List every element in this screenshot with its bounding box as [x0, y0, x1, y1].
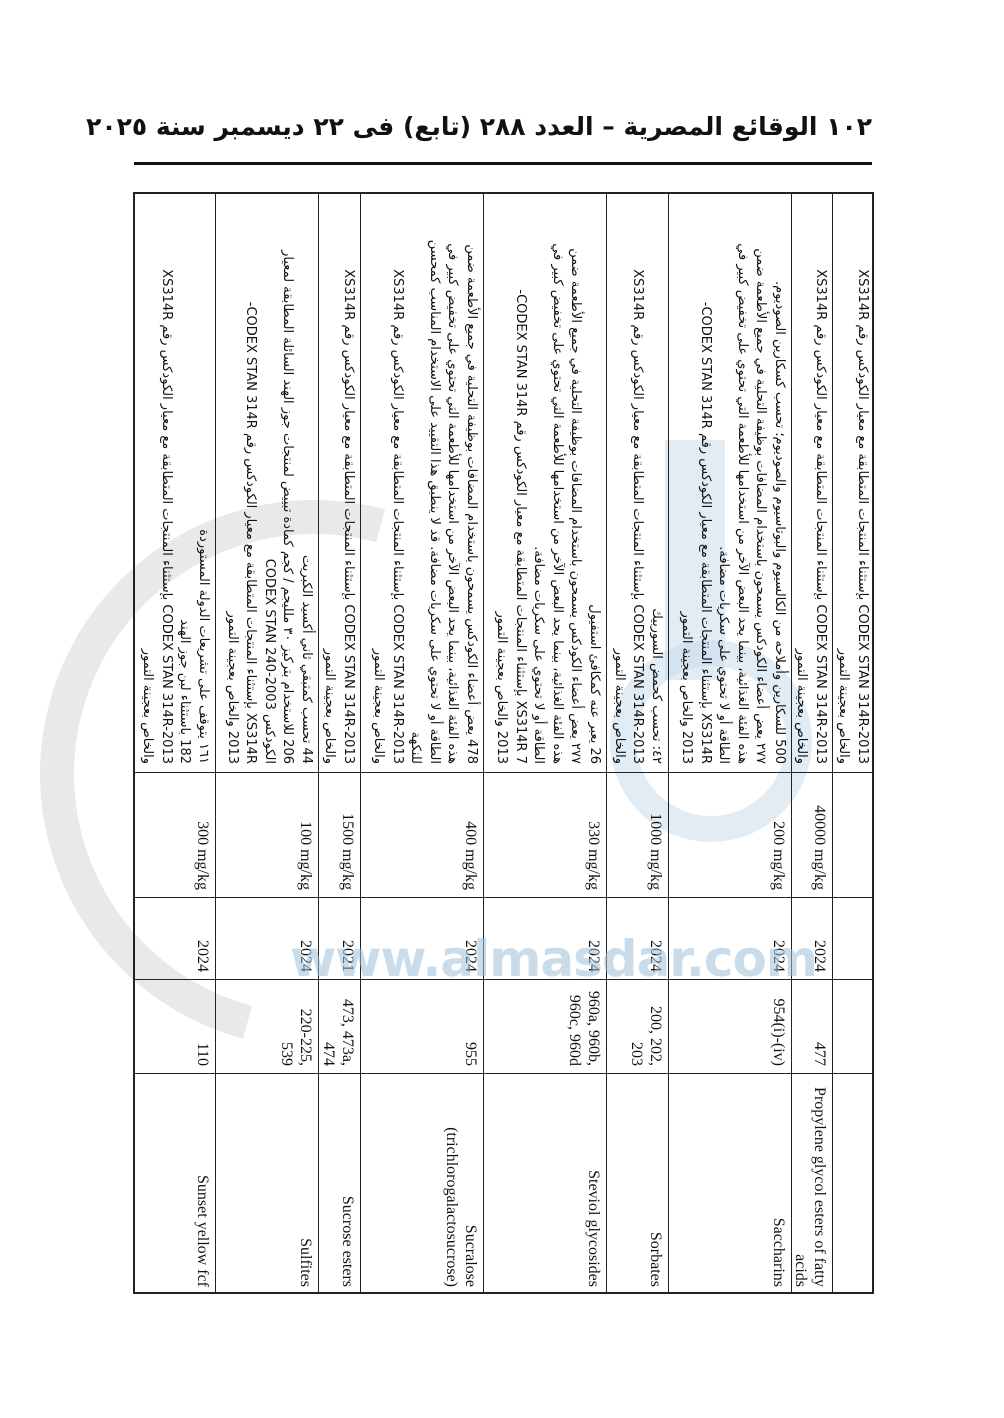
- note-line: والخاص بعجينة التمور: [834, 200, 853, 764]
- note-line: هذه الفئة الغذائية، بينما يحد البعض الآخ…: [733, 200, 752, 764]
- note-line: 2013 والخاص بعجينة التمور: [677, 200, 696, 764]
- name-value: Steviol glycosides: [484, 1074, 606, 1294]
- note-line: 182 باستثناء لبن جوز الهند: [175, 200, 194, 764]
- cell-notes: 478 يعض أعضاء الكودكس يسمحون باستخدام ال…: [361, 192, 483, 772]
- year-value: 2024: [792, 898, 832, 979]
- additives-table: CODEX STAN 314R-2013 بإستثناء المنتجات ا…: [133, 192, 874, 1294]
- ins-value: 954(i)-(iv): [669, 980, 791, 1073]
- name-value: Saccharins: [669, 1074, 791, 1294]
- year-value: 2024: [134, 898, 215, 979]
- note-line: للنكهة: [406, 200, 425, 764]
- cell-name: Steviol glycosides: [484, 1073, 606, 1294]
- year-value: [833, 898, 874, 979]
- year-value: 2024: [607, 898, 668, 979]
- name-value: Sucralose (trichlorogalactosucrose): [361, 1074, 483, 1294]
- cell-ins: 960a, 960b, 960c, 960d: [484, 979, 606, 1073]
- ins-value: [833, 980, 874, 1073]
- note-line: CODEX STAN 314R-2013 بإستثناء المنتجات ا…: [339, 200, 358, 764]
- year-value: 2024: [484, 898, 606, 979]
- table-row: 478 يعض أعضاء الكودكس يسمحون باستخدام ال…: [360, 192, 483, 1294]
- note-line: 44 تحسب كمتبقي ثاني أكسيد الكبريت: [297, 200, 316, 764]
- name-value: Sulfites: [216, 1074, 318, 1294]
- note-line: والخاص بعجينة التمور: [320, 200, 339, 764]
- header-divider: [134, 162, 872, 165]
- note-line: الطاقة أو لا تحتوي على سكريات مضافة.: [529, 200, 548, 764]
- cell-notes: CODEX STAN 314R-2013 بإستثناء المنتجات ا…: [833, 192, 874, 772]
- cell-max-level: 100 mg/kg: [216, 772, 318, 897]
- cell-ins: 955: [361, 979, 483, 1073]
- note-line: هذه الفئة الغذائية، بينما يحد البعض الآخ…: [443, 200, 462, 764]
- cell-max-level: 330 mg/kg: [484, 772, 606, 897]
- note-line: 500 للسكارين وأملاحه من الكالسيوم والبوت…: [770, 200, 789, 764]
- cell-year: [833, 897, 874, 979]
- name-value: [833, 1074, 874, 1294]
- note-line: الكودكس CODEX STAN 240-2003: [260, 200, 279, 764]
- note-line: 478 يعض أعضاء الكودكس يسمحون باستخدام ال…: [462, 200, 481, 764]
- cell-year: 2024: [484, 897, 606, 979]
- cell-year: 2024: [134, 897, 215, 979]
- note-line: 2013 والخاص بعجينة التمور: [223, 200, 242, 764]
- note-line: CODEX STAN 314R-2013 بإستثناء المنتجات ا…: [157, 200, 176, 764]
- note-line: XS314R بإستثناء المنتجات المتطابقة مع مع…: [241, 200, 260, 764]
- ins-value: 473, 473a, 474: [319, 980, 360, 1073]
- cell-year: 2024: [792, 897, 832, 979]
- note-line: ٢٧٧ يعض أعضاء الكودكس يسمحون باستخدام ال…: [751, 200, 770, 764]
- note-line: CODEX STAN 314R-2013 بإستثناء المنتجات ا…: [388, 200, 407, 764]
- cell-max-level: 1500 mg/kg: [319, 772, 360, 897]
- note-line: والخاص بعجينة التمور: [369, 200, 388, 764]
- note-line: ٢٧٧ يعض أعضاء الكودكس يسمحون باستخدام ال…: [566, 200, 585, 764]
- cell-name: Sunset yellow fcf: [134, 1073, 215, 1294]
- cell-ins: 473, 473a, 474: [319, 979, 360, 1073]
- note-line: 206 للاستخدام بتركيز ٣٠ ملليجم / كجم كما…: [278, 200, 297, 764]
- max-level-value: 300 mg/kg: [134, 773, 215, 897]
- cell-year: 2021: [319, 897, 360, 979]
- cell-year: 2024: [361, 897, 483, 979]
- cell-max-level: 300 mg/kg: [134, 772, 215, 897]
- note-line: والخاص بعجينة التمور: [610, 200, 629, 764]
- note-line: CODEX STAN 314R-2013 بإستثناء المنتجات ا…: [628, 200, 647, 764]
- name-value: Sorbates: [607, 1074, 668, 1294]
- note-line: CODEX STAN 314R-2013 بإستثناء المنتجات ا…: [811, 200, 830, 764]
- table-row: CODEX STAN 314R-2013 بإستثناء المنتجات ا…: [318, 192, 360, 1294]
- note-line: XS314R 7 بإستثناء المنتجات المتطابقة مع …: [511, 200, 530, 764]
- note-line: 26 يعبر عنه كمكافئ استفيول: [585, 200, 604, 764]
- table-row: ١٦١ يتوقف على تشريعات الدولة المستوردة18…: [133, 192, 215, 1294]
- note-line: الطاقة أو لا تحتوي على سكريات مضافة. قد …: [425, 200, 444, 764]
- cell-notes: CODEX STAN 314R-2013 بإستثناء المنتجات ا…: [792, 192, 832, 772]
- note-line: CODEX STAN 314R-2013 بإستثناء المنتجات ا…: [853, 200, 872, 764]
- note-line: هذه الفئة الغذائية، بينما يحد البعض الآخ…: [548, 200, 567, 764]
- table-row: 500 للسكارين وأملاحه من الكالسيوم والبوت…: [668, 192, 791, 1294]
- ins-value: 955: [361, 980, 483, 1073]
- cell-notes: 500 للسكارين وأملاحه من الكالسيوم والبوت…: [669, 192, 791, 772]
- note-line: الطاقة أو لا تحتوي على سكريات مضافة.: [714, 200, 733, 764]
- max-level-value: 100 mg/kg: [216, 773, 318, 897]
- cell-year: 2024: [607, 897, 668, 979]
- ins-value: 960a, 960b, 960c, 960d: [484, 980, 606, 1073]
- cell-ins: 954(i)-(iv): [669, 979, 791, 1073]
- ins-value: 220-225, 539: [216, 980, 318, 1073]
- table-row: 44 تحسب كمتبقي ثاني أكسيد الكبريت206 للا…: [215, 192, 318, 1294]
- max-level-value: 400 mg/kg: [361, 773, 483, 897]
- max-level-value: [833, 773, 874, 897]
- note-line: XS314R بإستثناء المنتجات المتطابقة مع مع…: [696, 200, 715, 764]
- cell-name: Sucrose esters: [319, 1073, 360, 1294]
- page-title: ١٠٢ الوقائع المصرية – العدد ٢٨٨ (تابع) ف…: [86, 112, 872, 141]
- cell-ins: [833, 979, 874, 1073]
- cell-max-level: 1000 mg/kg: [607, 772, 668, 897]
- note-line: 2013 والخاص بعجينة التمور: [492, 200, 511, 764]
- max-level-value: 1000 mg/kg: [607, 773, 668, 897]
- table-row: CODEX STAN 314R-2013 بإستثناء المنتجات ا…: [832, 192, 874, 1294]
- cell-name: Propylene glycol esters of fatty acids: [792, 1073, 832, 1294]
- year-value: 2021: [319, 898, 360, 979]
- name-value: Propylene glycol esters of fatty acids: [792, 1074, 832, 1294]
- ins-value: 200, 202, 203: [607, 980, 668, 1073]
- name-value: Sunset yellow fcf: [134, 1074, 215, 1294]
- cell-notes: ١٦١ يتوقف على تشريعات الدولة المستوردة18…: [134, 192, 215, 772]
- table-row: 26 يعبر عنه كمكافئ استفيول٢٧٧ يعض أعضاء …: [483, 192, 606, 1294]
- max-level-value: 1500 mg/kg: [319, 773, 360, 897]
- page-header: ١٠٢ الوقائع المصرية – العدد ٢٨٨ (تابع) ف…: [0, 108, 1004, 158]
- table-row: ٤٢: تحسب كحمض السوربيكCODEX STAN 314R-20…: [606, 192, 668, 1294]
- cell-year: 2024: [669, 897, 791, 979]
- cell-ins: 110: [134, 979, 215, 1073]
- ins-value: 110: [134, 980, 215, 1073]
- cell-ins: 220-225, 539: [216, 979, 318, 1073]
- cell-name: Sucralose (trichlorogalactosucrose): [361, 1073, 483, 1294]
- cell-max-level: 40000 mg/kg: [792, 772, 832, 897]
- cell-name: Sulfites: [216, 1073, 318, 1294]
- cell-name: Saccharins: [669, 1073, 791, 1294]
- year-value: 2024: [216, 898, 318, 979]
- cell-name: [833, 1073, 874, 1294]
- table-row: CODEX STAN 314R-2013 بإستثناء المنتجات ا…: [791, 192, 832, 1294]
- cell-notes: ٤٢: تحسب كحمض السوربيكCODEX STAN 314R-20…: [607, 192, 668, 772]
- cell-year: 2024: [216, 897, 318, 979]
- cell-max-level: 400 mg/kg: [361, 772, 483, 897]
- cell-name: Sorbates: [607, 1073, 668, 1294]
- note-line: ٤٢: تحسب كحمض السوربيك: [647, 200, 666, 764]
- cell-notes: 44 تحسب كمتبقي ثاني أكسيد الكبريت206 للا…: [216, 192, 318, 772]
- max-level-value: 200 mg/kg: [669, 773, 791, 897]
- year-value: 2024: [669, 898, 791, 979]
- note-line: والخاص بعجينة التمور: [138, 200, 157, 764]
- ins-value: 477: [792, 980, 832, 1073]
- max-level-value: 40000 mg/kg: [792, 773, 832, 897]
- max-level-value: 330 mg/kg: [484, 773, 606, 897]
- cell-notes: 26 يعبر عنه كمكافئ استفيول٢٧٧ يعض أعضاء …: [484, 192, 606, 772]
- year-value: 2024: [361, 898, 483, 979]
- note-line: ١٦١ يتوقف على تشريعات الدولة المستوردة: [194, 200, 213, 764]
- note-line: والخاص بعجينة التمور: [792, 200, 811, 764]
- cell-ins: 200, 202, 203: [607, 979, 668, 1073]
- cell-max-level: 200 mg/kg: [669, 772, 791, 897]
- cell-ins: 477: [792, 979, 832, 1073]
- cell-max-level: [833, 772, 874, 897]
- name-value: Sucrose esters: [319, 1074, 360, 1294]
- cell-notes: CODEX STAN 314R-2013 بإستثناء المنتجات ا…: [319, 192, 360, 772]
